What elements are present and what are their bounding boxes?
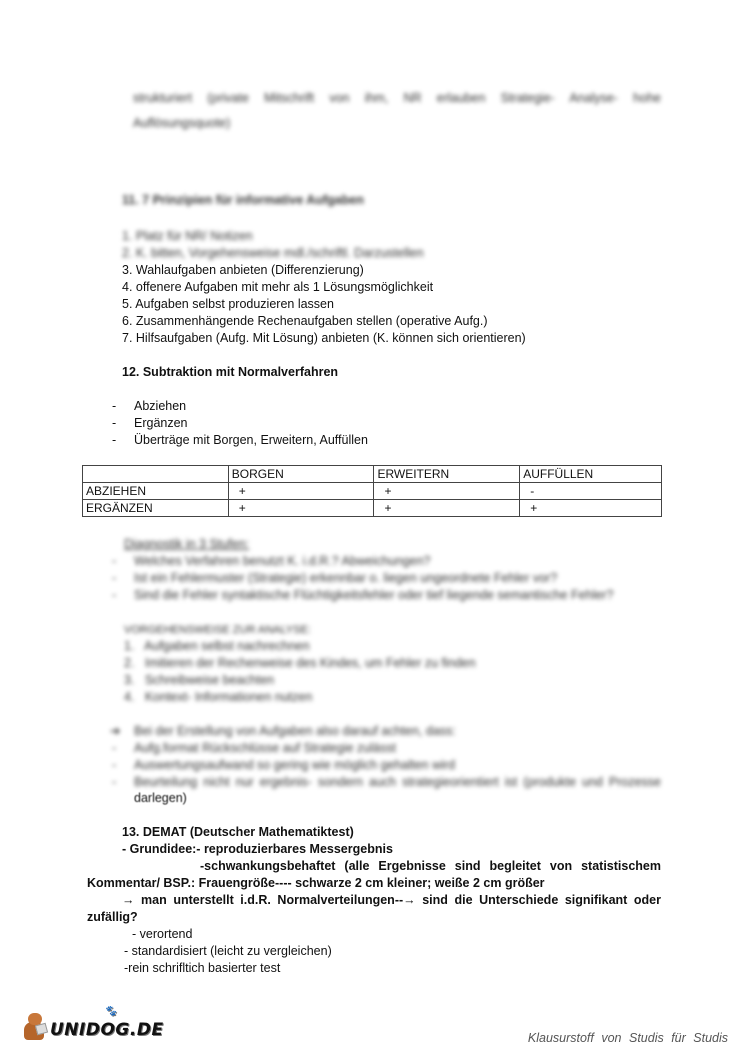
section-13-standardisiert: - standardisiert (leicht zu vergleichen) — [124, 943, 332, 960]
table-cell: - — [520, 483, 662, 500]
dog-mascot-icon — [22, 1012, 46, 1040]
section-13-grundidee: - Grundidee:- reproduzierbares Messergeb… — [122, 841, 393, 858]
vorgehensweise-item: 3. Schreibweise beachten — [124, 672, 274, 689]
table-cell: ABZIEHEN — [83, 483, 229, 500]
table-row: ABZIEHEN + + - — [83, 483, 662, 500]
table-row: ERGÄNZEN + + + — [83, 500, 662, 517]
arrow-bullet-icon: ➔ — [110, 723, 120, 740]
bullet-dash: - — [112, 398, 116, 415]
table-header-cell: ERWEITERN — [374, 466, 520, 483]
intro-line-2: Auflösungsquote) — [133, 115, 230, 132]
table-header-row: BORGEN ERWEITERN AUFFÜLLEN — [83, 466, 662, 483]
section-13-schriftlich: -rein schrifltich basierter test — [124, 960, 280, 977]
section-11-item: 4. offenere Aufgaben mit mehr als 1 Lösu… — [122, 279, 433, 296]
erstellung-item: Aufg.format Rückschlüsse auf Strategie z… — [134, 740, 396, 757]
erstellung-item: Auswertungsaufwand so gering wie möglich… — [134, 757, 455, 774]
section-12-bullet: Abziehen — [134, 398, 186, 415]
section-11-item: 2. K. bitten, Vorgehensweise mdl./schrif… — [122, 245, 424, 262]
table-header-cell — [83, 466, 229, 483]
table-cell: + — [374, 483, 520, 500]
table-cell: + — [228, 483, 374, 500]
section-12-bullet: Ergänzen — [134, 415, 188, 432]
section-11-item: 6. Zusammenhängende Rechenaufgaben stell… — [122, 313, 488, 330]
table-cell: + — [520, 500, 662, 517]
vorgehensweise-item: 2. Imitieren der Rechenweise des Kindes,… — [124, 655, 476, 672]
table-header-cell: AUFFÜLLEN — [520, 466, 662, 483]
diagnostik-item: Welches Verfahren benutzt K. i.d.R.? Abw… — [134, 553, 430, 570]
diagnostik-item: Ist ein Fehlermuster (Strategie) erkennb… — [134, 570, 557, 587]
subtraction-methods-table: BORGEN ERWEITERN AUFFÜLLEN ABZIEHEN + + … — [82, 465, 662, 517]
bullet-dash: - — [112, 740, 116, 757]
table-cell: ERGÄNZEN — [83, 500, 229, 517]
vorgehensweise-item: 1. Aufgaben selbst nachrechnen — [124, 638, 310, 655]
vorgehensweise-heading: VORGEHENSWEISE ZUR ANALYSE: — [124, 622, 311, 639]
bullet-dash: - — [112, 415, 116, 432]
section-13-verortend: - verortend — [132, 926, 192, 943]
section-13-arrow-line: → man unterstellt i.d.R. Normalverteilun… — [122, 892, 661, 909]
section-13-heading: 13. DEMAT (Deutscher Mathematiktest) — [122, 824, 354, 841]
section-11-item: 3. Wahlaufgaben anbieten (Differenzierun… — [122, 262, 364, 279]
table-cell: + — [374, 500, 520, 517]
paw-icon: 🐾 — [104, 1006, 117, 1017]
section-13-zufaellig: zufällig? — [87, 909, 138, 926]
diagnostik-item: Sind die Fehler syntaktische Flüchtigkei… — [134, 587, 613, 604]
intro-line-1: strukturiert (private Mitschrift von ihm… — [133, 90, 661, 107]
bullet-dash: - — [112, 774, 116, 791]
vorgehensweise-item: 4. Kontext- Informationen nutzen — [124, 689, 312, 706]
unidog-logo[interactable]: 🐾 UNIDOG.DE — [22, 1012, 164, 1040]
diagnostik-heading: Diagnostik in 3 Stufen: — [124, 536, 249, 553]
erstellung-item: Beurteilung nicht nur ergebnis- sondern … — [134, 774, 661, 791]
section-11-item: 5. Aufgaben selbst produzieren lassen — [122, 296, 334, 313]
bullet-dash: - — [112, 570, 116, 587]
logo-label: UNIDOG.DE — [50, 1020, 164, 1040]
table-header-cell: BORGEN — [228, 466, 374, 483]
section-11-heading: 11. 7 Prinzipien für informative Aufgabe… — [122, 192, 364, 209]
table-cell: + — [228, 500, 374, 517]
footer-slogan: Klausurstoff von Studis für Studis — [528, 1031, 728, 1045]
bullet-dash: - — [112, 553, 116, 570]
section-12-bullet: Überträge mit Borgen, Erweitern, Auffüll… — [134, 432, 368, 449]
section-11-item: 7. Hilfsaufgaben (Aufg. Mit Lösung) anbi… — [122, 330, 526, 347]
erstellung-continuation: darlegen) — [134, 790, 187, 807]
section-12-heading: 12. Subtraktion mit Normalverfahren — [122, 364, 338, 381]
logo-text: 🐾 UNIDOG.DE — [50, 1020, 164, 1040]
bullet-dash: - — [112, 432, 116, 449]
bullet-dash: - — [112, 757, 116, 774]
bullet-dash: - — [112, 587, 116, 604]
erstellung-intro: Bei der Erstellung von Aufgaben also dar… — [134, 723, 456, 740]
section-13-schwankung: -schwankungsbehaftet (alle Ergebnisse si… — [200, 858, 661, 875]
section-11-item: 1. Platz für NR/ Notizen — [122, 228, 253, 245]
section-13-kommentar: Kommentar/ BSP.: Frauengröße---- schwarz… — [87, 875, 545, 892]
